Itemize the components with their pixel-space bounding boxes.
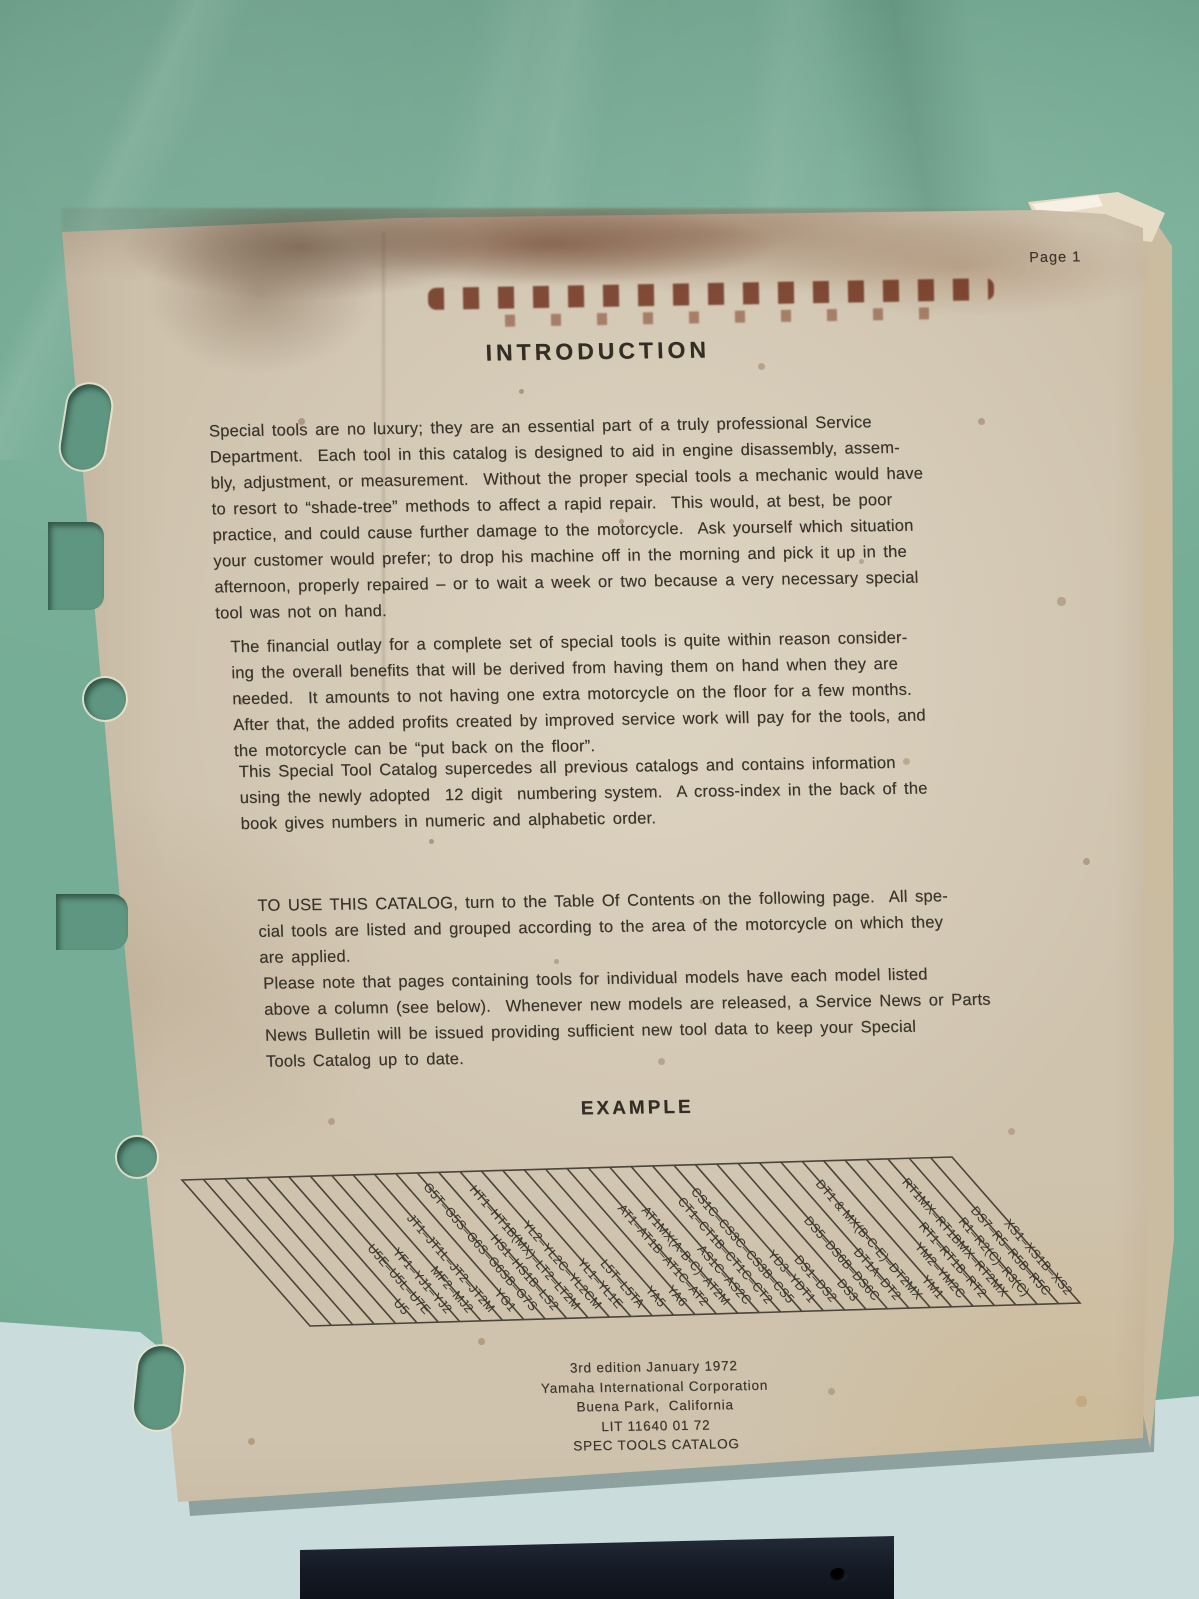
model-columns-table: U5U5E–U5L–U7EYF1–YJ1–YJ2MF2–MJ2JT1–JT1L–… [0,0,1199,1599]
